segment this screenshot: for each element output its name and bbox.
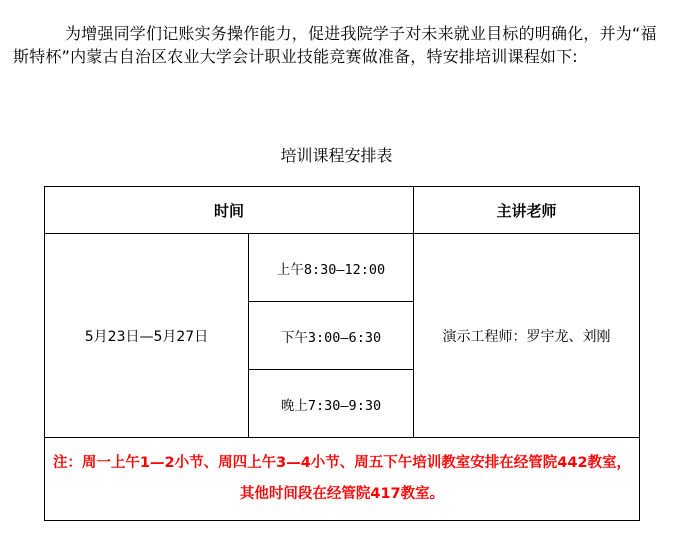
table-row: 5月23日—5月27日 上午8:30—12:00 演示工程师：罗宇龙、刘刚 bbox=[45, 234, 640, 302]
slot-afternoon: 下午3:00—6:30 bbox=[249, 302, 414, 370]
date-range-cell: 5月23日—5月27日 bbox=[45, 234, 249, 438]
intro-paragraph: 为增强同学们记账实务操作能力，促进我院学子对未来就业目标的明确化，并为“福斯特杯… bbox=[13, 22, 663, 68]
table-title: 培训课程安排表 bbox=[0, 143, 673, 166]
slot-evening: 晚上7:30—9:30 bbox=[249, 370, 414, 438]
header-time: 时间 bbox=[45, 187, 414, 234]
teacher-cell: 演示工程师：罗宇龙、刘刚 bbox=[414, 234, 640, 438]
header-row: 时间 主讲老师 bbox=[45, 187, 640, 234]
header-teacher: 主讲老师 bbox=[414, 187, 640, 234]
note-cell: 注：周一上午1—2小节、周四上午3—4小节、周五下午培训教室安排在经管院442教… bbox=[45, 438, 640, 521]
intro-text: 为增强同学们记账实务操作能力，促进我院学子对未来就业目标的明确化，并为“福斯特杯… bbox=[13, 24, 657, 66]
note-row: 注：周一上午1—2小节、周四上午3—4小节、周五下午培训教室安排在经管院442教… bbox=[45, 438, 640, 521]
slot-morning: 上午8:30—12:00 bbox=[249, 234, 414, 302]
schedule-table: 时间 主讲老师 5月23日—5月27日 上午8:30—12:00 演示工程师：罗… bbox=[44, 186, 640, 521]
